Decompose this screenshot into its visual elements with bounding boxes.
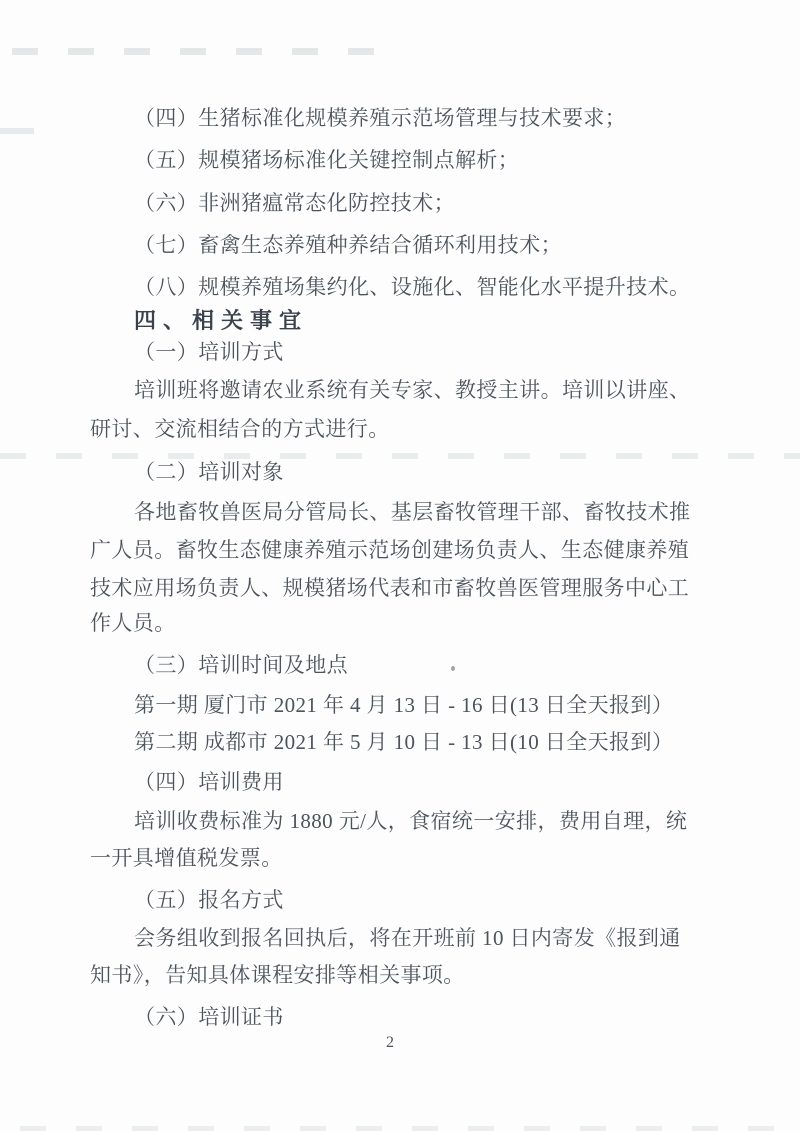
text-line: 知书》，告知具体课程安排等相关事项。 xyxy=(90,960,730,990)
text-line: （七）畜禽生态养殖种养结合循环利用技术； xyxy=(90,230,774,260)
text-line: （五）规模猪场标准化关键控制点解析； xyxy=(90,145,774,175)
document-page: （四）生猪标准化规模养殖示范场管理与技术要求；（五）规模猪场标准化关键控制点解析… xyxy=(0,0,800,1131)
scan-artifact-top xyxy=(12,48,374,55)
scan-artifact-bottom xyxy=(20,1126,790,1131)
text-line: （八）规模养殖场集约化、设施化、智能化水平提升技术。 xyxy=(90,272,774,302)
text-line: （六）培训证书 xyxy=(90,1002,774,1032)
text-line: 培训收费标准为 1880 元/人，食宿统一安排，费用自理，统 xyxy=(90,806,774,836)
text-line: （四）生猪标准化规模养殖示范场管理与技术要求； xyxy=(90,103,774,133)
text-line: 会务组收到报名回执后，将在开班前 10 日内寄发《报到通 xyxy=(90,923,774,953)
scan-artifact-edge xyxy=(0,128,34,134)
text-line: （一）培训方式 xyxy=(90,337,774,367)
text-line: （四）培训费用 xyxy=(90,767,774,797)
text-line: 作人员。 xyxy=(90,608,730,638)
text-line: 四、相关事宜 xyxy=(90,306,774,336)
text-line: 广人员。畜牧生态健康养殖示范场创建场负责人、生态健康养殖 xyxy=(90,535,730,565)
text-line: （六）非洲猪瘟常态化防控技术； xyxy=(90,188,774,218)
text-line: 第二期 成都市 2021 年 5 月 10 日 - 13 日(10 日全天报到） xyxy=(90,727,774,757)
text-line: （三）培训时间及地点 xyxy=(90,650,774,680)
page-number: 2 xyxy=(0,1034,790,1052)
text-line: （五）报名方式 xyxy=(90,885,774,915)
text-line: 一开具增值税发票。 xyxy=(90,843,730,873)
text-line: 技术应用场负责人、规模猪场代表和市畜牧兽医管理服务中心工 xyxy=(90,573,730,603)
text-line: 第一期 厦门市 2021 年 4 月 13 日 - 16 日(13 日全天报到） xyxy=(90,690,774,720)
text-line: （二）培训对象 xyxy=(90,457,774,487)
text-line: 各地畜牧兽医局分管局长、基层畜牧管理干部、畜牧技术推 xyxy=(90,497,774,527)
text-line: 培训班将邀请农业系统有关专家、教授主讲。培训以讲座、 xyxy=(90,375,774,405)
text-line: 研讨、交流相结合的方式进行。 xyxy=(90,414,730,444)
